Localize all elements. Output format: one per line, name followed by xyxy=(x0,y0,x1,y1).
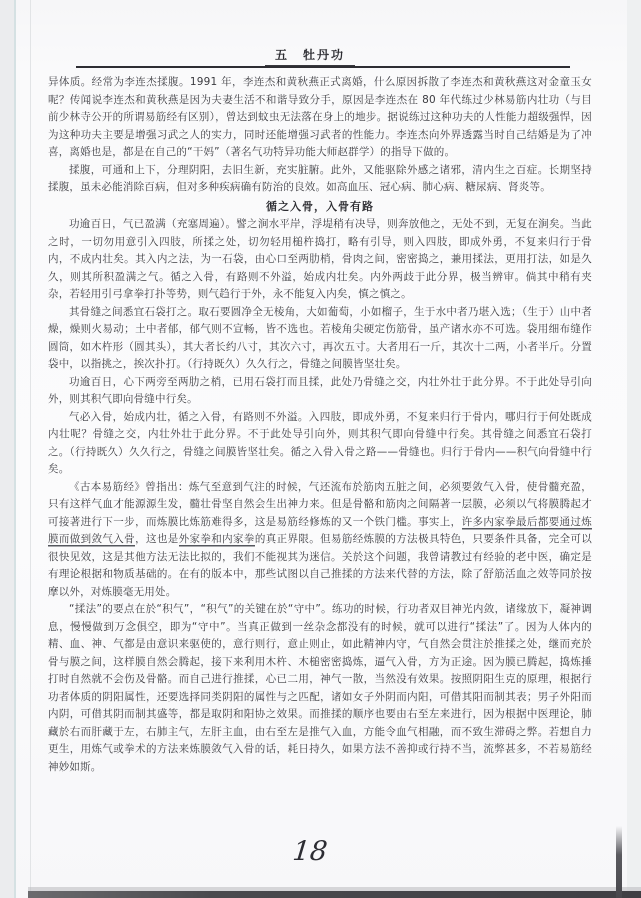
scanned-book-page: 五 牡丹功 异体质。经常为李连杰揉腹。1991 年，李连杰和黄秋燕正式离婚，什么… xyxy=(0,0,641,898)
chapter-title: 五 牡丹功 xyxy=(265,46,355,66)
paragraph-3: 功逾百日，气已盈满（充塞周遍）。譬之涧水平岸，浮堤稍有决导，则奔放他之，无处不到… xyxy=(48,216,592,304)
page-header: 五 牡丹功 xyxy=(48,44,572,66)
paragraph-4: 其骨缝之间悉宜石袋打之。取石要圆净全无棱角，大如葡萄，小如榴子，生于水中者乃堪入… xyxy=(48,304,592,374)
paragraph-7: 《古本易筋经》曾指出：炼气至意到气注的时候，气还流布於筋肉五脏之间，必须要敛气入… xyxy=(48,479,592,602)
paragraph-1: 异体质。经常为李连杰揉腹。1991 年，李连杰和黄秋燕正式离婚，什么原因拆散了李… xyxy=(48,74,592,162)
paragraph-6: 气必入骨，始成内壮，循之入骨，有路则不外溢。入四肢，即成外勇，不复来归行于骨内，… xyxy=(48,409,592,479)
paragraph-8: “揉法”的要点在於“积气”，“积气”的关键在於“守中”。练功的时候，行功者双目神… xyxy=(48,601,592,776)
scan-crease-line-2 xyxy=(30,0,31,898)
pen-underline-mark: 外家拳和内家拳 xyxy=(179,533,255,545)
section-heading: 循之入骨，入骨有路 xyxy=(48,198,592,216)
body-text: 异体质。经常为李连杰揉腹。1991 年，李连杰和黄秋燕正式离婚，什么原因拆散了李… xyxy=(48,74,592,776)
header-rule xyxy=(76,66,570,68)
scan-crease-line xyxy=(14,0,16,898)
page-number: 18 xyxy=(46,836,573,867)
scan-edge-right xyxy=(627,0,641,898)
scan-bottom-edge xyxy=(28,891,641,898)
paragraph-2: 揉腹，可通和上下，分理阴阳，去旧生新，充实脏腑。此外，又能驱除外感之诸邪，清内生… xyxy=(48,162,592,197)
paragraph-7-text: ，这也是 xyxy=(135,533,179,545)
scan-bottom-right-edge xyxy=(616,826,622,898)
paragraph-5: 功逾百日，心下两旁至两肋之梢，已用石袋打而且揉，此处乃骨缝之交，内壮外壮于此分界… xyxy=(48,374,592,409)
